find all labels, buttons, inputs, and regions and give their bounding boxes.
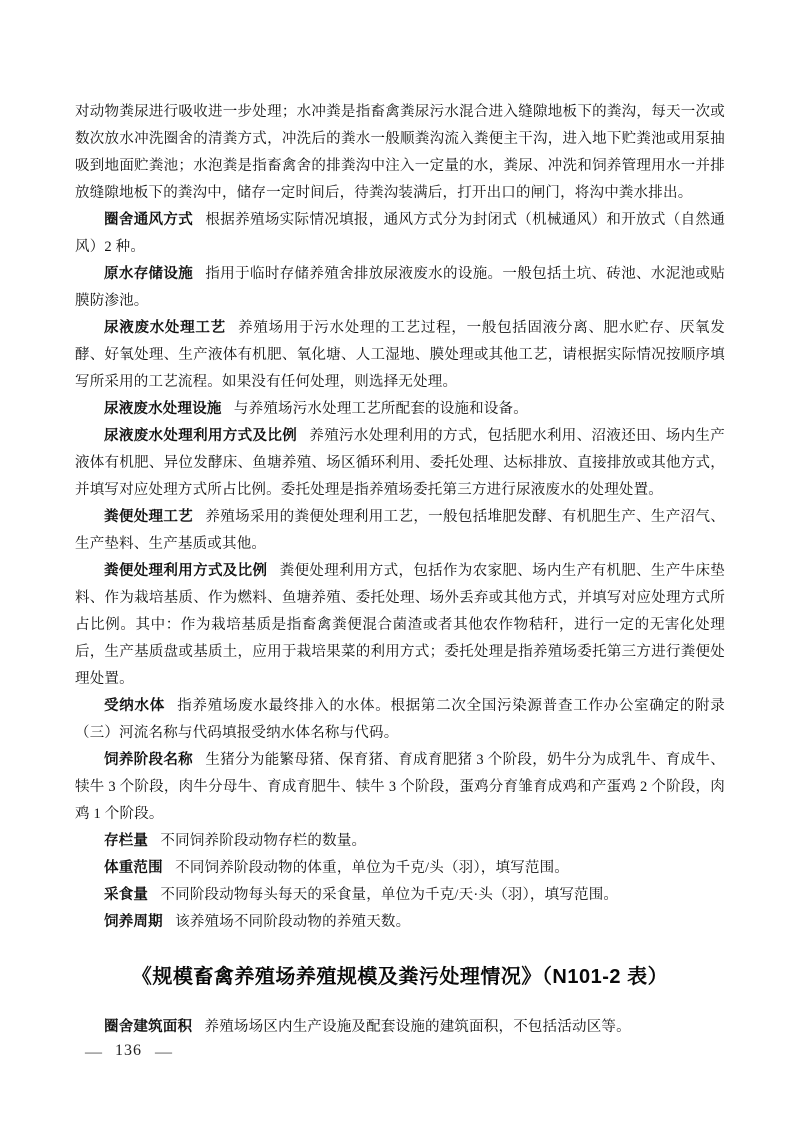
definition-paragraph: 尿液废水处理设施与养殖场污水处理工艺所配套的设施和设备。 xyxy=(75,396,725,423)
definition-paragraph: 尿液废水处理利用方式及比例养殖污水处理利用的方式，包括肥水利用、沼液还田、场内生… xyxy=(75,423,725,504)
definition-term: 原水存储设施 xyxy=(104,266,193,282)
page-number: 136 xyxy=(115,1042,142,1060)
definition-term: 粪便处理工艺 xyxy=(104,509,193,525)
definition-text: 指养殖场废水最终排入的水体。根据第二次全国污染源普查工作办公室确定的附录（三）河… xyxy=(75,698,725,741)
definition-term: 受纳水体 xyxy=(104,698,165,714)
definition-term: 饲养阶段名称 xyxy=(104,752,193,768)
definition-paragraph: 圈舍通风方式根据养殖场实际情况填报，通风方式分为封闭式（机械通风）和开放式（自然… xyxy=(75,207,725,261)
definition-term: 存栏量 xyxy=(104,833,148,849)
definition-term: 圈舍建筑面积 xyxy=(104,1019,192,1035)
definition-term: 采食量 xyxy=(104,887,148,903)
definition-paragraph: 尿液废水处理工艺养殖场用于污水处理的工艺过程，一般包括固液分离、肥水贮存、厌氧发… xyxy=(75,315,725,396)
definition-term: 尿液废水处理工艺 xyxy=(104,320,226,336)
footer-right-dash: — xyxy=(155,1043,172,1060)
definition-text: 不同阶段动物每头每天的采食量，单位为千克/天·头（羽），填写范围。 xyxy=(160,887,618,903)
definition-text: 与养殖场污水处理工艺所配套的设施和设备。 xyxy=(234,401,528,417)
definition-text: 该养殖场不同阶段动物的养殖天数。 xyxy=(175,914,410,930)
document-body: 对动物粪尿进行吸收进一步处理；水冲粪是指畜禽粪尿污水混合进入缝隙地板下的粪沟，每… xyxy=(75,99,725,1041)
definition-term: 体重范围 xyxy=(104,860,163,876)
continuation-paragraph: 对动物粪尿进行吸收进一步处理；水冲粪是指畜禽粪尿污水混合进入缝隙地板下的粪沟，每… xyxy=(75,99,725,207)
document-page: 对动物粪尿进行吸收进一步处理；水冲粪是指畜禽粪尿污水混合进入缝隙地板下的粪沟，每… xyxy=(0,0,800,1131)
page-footer: — 136 — xyxy=(85,1042,172,1060)
definition-paragraph: 体重范围不同饲养阶段动物的体重，单位为千克/头（羽），填写范围。 xyxy=(75,855,725,882)
definition-paragraph: 圈舍建筑面积养殖场场区内生产设施及配套设施的建筑面积，不包括活动区等。 xyxy=(75,1014,725,1041)
definition-term: 圈舍通风方式 xyxy=(104,212,193,228)
definition-text: 不同饲养阶段动物的体重，单位为千克/头（羽），填写范围。 xyxy=(175,860,569,876)
definition-paragraph: 粪便处理工艺养殖场采用的粪便处理利用工艺，一般包括堆肥发酵、有机肥生产、生产沼气… xyxy=(75,504,725,558)
definition-term: 尿液废水处理设施 xyxy=(104,401,222,417)
definition-paragraph: 受纳水体指养殖场废水最终排入的水体。根据第二次全国污染源普查工作办公室确定的附录… xyxy=(75,693,725,747)
definition-text: 粪便处理利用方式，包括作为农家肥、场内生产有机肥、生产牛床垫料、作为栽培基质、作… xyxy=(75,563,725,687)
definition-term: 粪便处理利用方式及比例 xyxy=(104,563,267,579)
definition-text: 养殖场场区内生产设施及配套设施的建筑面积，不包括活动区等。 xyxy=(205,1019,631,1035)
definition-paragraph: 采食量不同阶段动物每头每天的采食量，单位为千克/天·头（羽），填写范围。 xyxy=(75,882,725,909)
definition-term: 尿液废水处理利用方式及比例 xyxy=(104,428,297,444)
paragraph-text: 对动物粪尿进行吸收进一步处理；水冲粪是指畜禽粪尿污水混合进入缝隙地板下的粪沟，每… xyxy=(75,104,725,201)
definition-text: 不同饲养阶段动物存栏的数量。 xyxy=(160,833,366,849)
definition-paragraph: 存栏量不同饲养阶段动物存栏的数量。 xyxy=(75,828,725,855)
definition-paragraph: 粪便处理利用方式及比例粪便处理利用方式，包括作为农家肥、场内生产有机肥、生产牛床… xyxy=(75,558,725,693)
definition-paragraph: 原水存储设施指用于临时存储养殖舍排放尿液废水的设施。一般包括土坑、砖池、水泥池或… xyxy=(75,261,725,315)
definition-paragraph: 饲养阶段名称生猪分为能繁母猪、保育猪、育成育肥猪 3 个阶段，奶牛分为成乳牛、育… xyxy=(75,747,725,828)
definition-term: 饲养周期 xyxy=(104,914,163,930)
footer-left-dash: — xyxy=(85,1043,102,1060)
section-heading: 《规模畜禽养殖场养殖规模及粪污处理情况》（N101-2 表） xyxy=(75,962,725,992)
definition-paragraph: 饲养周期该养殖场不同阶段动物的养殖天数。 xyxy=(75,909,725,936)
